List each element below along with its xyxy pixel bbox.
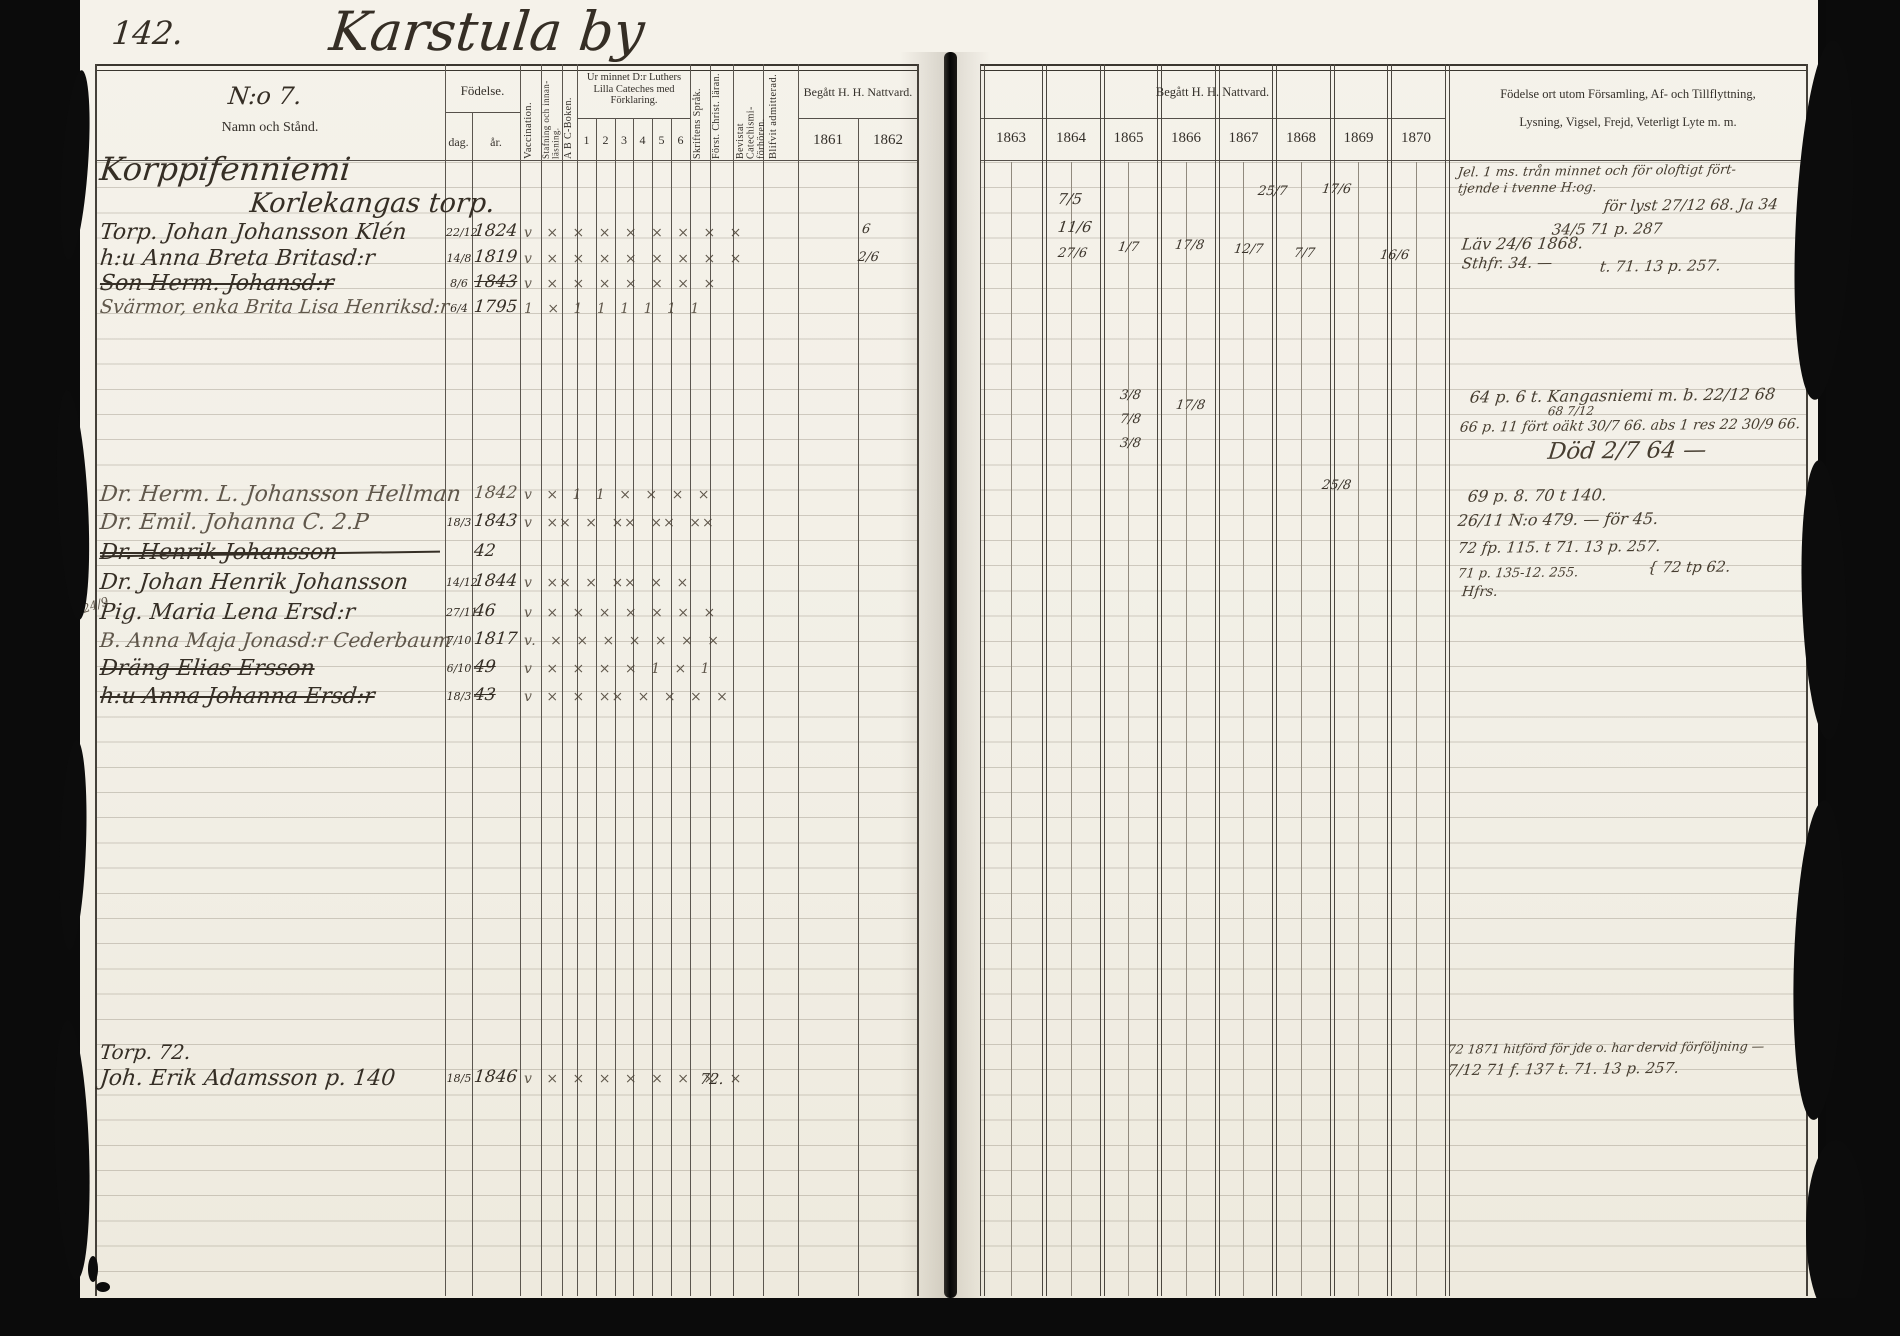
column-header-scripture: Skriftens Språk. (693, 73, 708, 159)
farm-heading: Korlekangas torp. (248, 188, 496, 219)
entry-marks: v. × × × × × × × (524, 633, 724, 649)
note-line: tjende i tvenne H:og. (1457, 180, 1597, 196)
ink-smudge (96, 1282, 110, 1292)
note-line: t. 71. 13 p. 257. (1599, 256, 1722, 275)
note-line: 72 fp. 115. t 71. 13 p. 257. (1457, 537, 1662, 557)
entry-birth-year: 1819 (473, 247, 518, 267)
communion-mark: 25/7 (1257, 184, 1288, 199)
entry-marks: v × × × × 1 × 1 (524, 661, 724, 677)
entry-marks: v × × × × × × × × (524, 1071, 724, 1087)
column-header-attended-exams: Bevistat Catechismi-förhören. (736, 73, 761, 159)
column-header-year: år. (472, 136, 520, 149)
entry-name: h:u Anna Johanna Ersd:r (99, 684, 376, 709)
column-header-vaccination: Vaccination. (523, 73, 540, 159)
communion-mark: 3/8 (1119, 436, 1142, 451)
entry-birth-year: 43 (473, 685, 497, 705)
entry-marks: v × × × × × × × × (524, 251, 724, 267)
register-row: Pig. Maria Lena Ersd:r 27/11 46 v × × × … (0, 600, 1900, 626)
left-table-top-rule (95, 64, 918, 71)
entry-birth-year: 1846 (473, 1067, 518, 1087)
year-header-1868: 1868 (1272, 130, 1330, 147)
catechism-col-4: 4 (633, 134, 652, 147)
entry-birth-day: 22/12 (446, 226, 472, 239)
entry-marks: 1 × 1 1 1 1 1 1 (524, 301, 724, 317)
year-mid-line (1011, 162, 1012, 1296)
entry-birth-day: 18/3 (446, 690, 472, 703)
entry-name: Dr. Herm. L. Johansson Hellman (99, 482, 462, 507)
note-line: 69 p. 8. 70 t 140. (1467, 485, 1608, 505)
entry-birth-year: 42 (473, 541, 497, 561)
note-line: Hfrs. (1461, 584, 1499, 600)
column-header-admitted: Blifvit admitterad. (768, 73, 792, 159)
column-header-number: N:o 7. (199, 82, 332, 110)
entry-attended-mark: 72. (699, 1070, 725, 1088)
register-row: Svärmor, enka Brita Lisa Henriksd:r 6/4 … (0, 296, 1900, 322)
note-line: Död 2/7 64 — (1546, 437, 1707, 465)
entry-marks: v ×× × ×× × × (524, 575, 724, 591)
ink-smudge (58, 1180, 78, 1214)
entry-marks: v × × × × × × × (524, 605, 724, 621)
page-number: 142. (110, 14, 185, 52)
entry-birth-year: 1824 (473, 221, 518, 241)
entry-name: Pig. Maria Lena Ersd:r (99, 600, 357, 625)
notes-header-line2: Lysning, Vigsel, Frejd, Veterligt Lyte m… (1450, 116, 1806, 130)
entry-birth-day: 7/10 (446, 634, 472, 647)
note-line: { 72 tp 62. (1647, 558, 1732, 577)
communion-mark: 17/6 (1321, 182, 1352, 197)
note-line: 26/11 N:o 479. — för 45. (1457, 509, 1660, 530)
communion-mark: 2/6 (857, 250, 880, 265)
entry-birth-year: 1842 (473, 483, 518, 503)
column-header-communion-right: Begått H. H. Nattvard. (980, 86, 1445, 100)
year-header-1867: 1867 (1215, 130, 1272, 147)
communion-right-divider (980, 118, 1445, 119)
communion-mark: 3/8 (1119, 388, 1142, 403)
year-mid-line (1301, 162, 1302, 1296)
register-row: Dr. Herm. L. Johansson Hellman 1842 v × … (0, 482, 1900, 508)
column-header-name: Namn och Stånd. (120, 120, 420, 135)
year-mid-line (1358, 162, 1359, 1296)
catechism-col-6: 6 (671, 134, 690, 147)
entry-marks: v × × × × × × × (524, 276, 724, 292)
note-line: 68 7/12 (1547, 404, 1595, 418)
column-header-abc-book: A B C-Boken. (564, 73, 577, 159)
entry-birth-year: 1843 (473, 272, 518, 292)
year-header-1870: 1870 (1387, 130, 1445, 147)
column-header-catechism: Ur minnet D:r Luthers Lilla Cateches med… (579, 72, 689, 107)
communion-mark: 25/8 (1321, 478, 1352, 493)
register-row: B. Anna Maja Jonasd:r Cederbaum 7/10 181… (0, 628, 1900, 654)
entry-marks: v × × × × × × × × (524, 225, 724, 241)
entry-birth-year: 1795 (473, 297, 518, 317)
communion-mark: 17/8 (1175, 398, 1206, 413)
catechism-col-5: 5 (652, 134, 671, 147)
scan-edge-top-left (0, 0, 64, 16)
year-mid-line (1128, 162, 1129, 1296)
notes-header-line1: Födelse ort utom Församling, Af- och Til… (1450, 88, 1806, 102)
year-header-1869: 1869 (1330, 130, 1387, 147)
page-title: Karstula by (327, 0, 648, 63)
entry-birth-day: 6/4 (446, 302, 472, 315)
entry-name: Son Herm. Johansd:r (99, 271, 336, 296)
register-row: Dr. Johan Henrik Johansson 14/12 1844 v … (0, 570, 1900, 596)
communion-mark: 7/5 (1057, 190, 1084, 208)
communion-mark: 7/7 (1293, 246, 1316, 261)
column-header-spelling: Stafning och innan-läsning. (542, 73, 562, 159)
birth-divider (445, 112, 520, 113)
year-mid-line (1071, 162, 1072, 1296)
register-row: Dräng Elias Ersson 6/10 49 v × × × × 1 ×… (0, 656, 1900, 682)
year-mid-line (1186, 162, 1187, 1296)
village-heading: Korppifenniemi (98, 150, 353, 188)
entry-birth-year: 1843 (473, 511, 518, 531)
communion-mark: 17/8 (1174, 238, 1205, 253)
communion-mark: 27/6 (1057, 246, 1088, 261)
year-header-1864: 1864 (1042, 130, 1100, 147)
year-header-1861: 1861 (798, 132, 858, 149)
note-line: för lyst 27/12 68. Ja 34 (1603, 195, 1779, 215)
scanned-parish-register: 142. Karstula by N:o 7. Namn och Stånd. … (0, 0, 1900, 1336)
column-header-birth: Födelse. (445, 84, 520, 98)
note-line: Jel. 1 ms. trån minnet och för oloftigt … (1457, 163, 1737, 181)
entry-name: Dräng Elias Ersson (99, 656, 316, 681)
entry-birth-day: 18/3 (446, 516, 472, 529)
communion-mark: 12/7 (1233, 242, 1264, 257)
entry-birth-day: 27/11 (446, 606, 472, 619)
entry-birth-year: 49 (473, 657, 497, 677)
note-line: Läv 24/6 1868. (1461, 233, 1584, 253)
communion-mark: 16/6 (1379, 248, 1410, 263)
year-mid-line (1243, 162, 1244, 1296)
entry-marks: v × × ×× × × × × (524, 689, 724, 705)
note-line: 7/12 71 f. 137 t. 71. 13 p. 257. (1447, 1059, 1680, 1079)
entry-name: Joh. Erik Adamsson p. 140 (99, 1066, 397, 1091)
year-mid-line (1416, 162, 1417, 1296)
note-line: 71 p. 135-12. 255. (1457, 565, 1579, 581)
entry-birth-year: 1844 (473, 571, 518, 591)
left-page-ruling (95, 162, 918, 1296)
communion-mark: 1/7 (1117, 240, 1140, 255)
note-line: 64 p. 6 t. Kangasniemi m. b. 22/12 68 (1469, 384, 1777, 406)
catechism-col-3: 3 (615, 134, 633, 147)
year-header-1865: 1865 (1100, 130, 1157, 147)
register-row: h:u Anna Johanna Ersd:r 18/3 43 v × × ××… (0, 684, 1900, 710)
column-header-day: dag. (445, 136, 472, 149)
ink-smudge (88, 1256, 98, 1282)
scan-edge-bottom (0, 1298, 1900, 1336)
entry-name: h:u Anna Breta Britasd:r (99, 246, 376, 271)
entry-marks: v ×× × ×× ×× ×× (524, 515, 724, 531)
entry-marks: v × 1 1 × × × × (524, 487, 724, 503)
catechism-col-1: 1 (577, 134, 596, 147)
catechism-col-2: 2 (596, 134, 615, 147)
entry-birth-day: 8/6 (446, 277, 472, 290)
entry-name: Svärmor, enka Brita Lisa Henriksd:r (99, 296, 450, 318)
column-header-christian-doctrine: Först. Christ. läran. (712, 73, 731, 159)
entry-name: Dr. Johan Henrik Johansson (99, 570, 410, 595)
year-header-1863: 1863 (980, 130, 1042, 147)
entry-birth-day: 14/12 (446, 576, 472, 589)
entry-birth-day: 18/5 (446, 1072, 472, 1085)
entry-birth-year: 1817 (473, 629, 518, 649)
entry-birth-day: 14/8 (446, 252, 472, 265)
entry-name: Dr. Emil. Johanna C. 2.P (99, 510, 370, 535)
communion-mark: 11/6 (1057, 218, 1093, 236)
entry-birth-year: 46 (473, 601, 497, 621)
entry-birth-day: 6/10 (446, 662, 472, 675)
entry-name: Torp. Johan Johansson Klén (99, 220, 408, 245)
note-line: Sthfr. 34. — (1461, 254, 1553, 273)
communion-mark: 7/8 (1119, 412, 1142, 427)
scan-edge-blob (1806, 1140, 1866, 1320)
section-label: Torp. 72. (99, 1040, 192, 1064)
entry-name: B. Anna Maja Jonasd:r Cederbaum (99, 628, 453, 652)
year-header-1866: 1866 (1157, 130, 1215, 147)
